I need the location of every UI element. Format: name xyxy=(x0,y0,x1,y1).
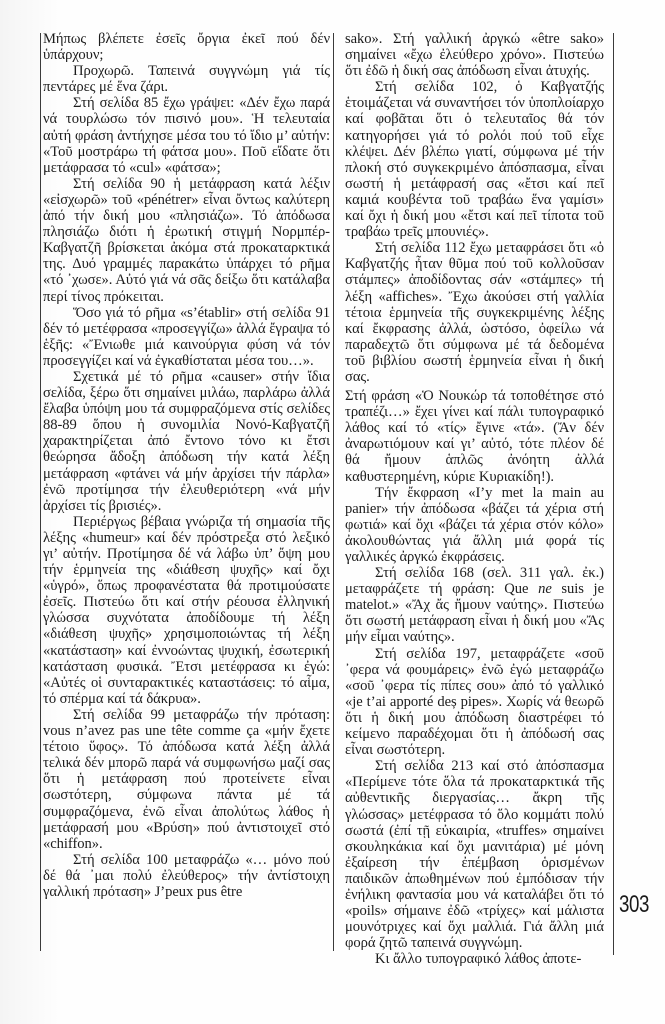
right-column-rule xyxy=(613,33,614,955)
left-column: Μήπως βλέπετε ἐσεῖς ὄργια ἐκεῖ πού δέν ὑ… xyxy=(43,31,330,900)
paragraph: Στή σελίδα 197, μεταφράζετε «σοῦ ᾽φερα ν… xyxy=(345,646,604,759)
paragraph: Σχετικά μέ τό ρῆμα «causer» στήν ἴδια σε… xyxy=(43,369,330,514)
column-divider-rule xyxy=(333,33,334,951)
paragraph: Στή σελίδα 100 μεταφράζω «… μόνο πού δέ … xyxy=(43,852,330,900)
left-column-rule xyxy=(40,33,41,951)
paragraph: Ὅσο γιά τό ρῆμα «s’établir» στή σελίδα 9… xyxy=(43,305,330,369)
paragraph: Στή σελίδα 102, ὁ Καβγατζής ἑτοιμάζεται … xyxy=(345,79,604,240)
paragraph: Προχωρῶ. Ταπεινά συγγνώμη γιά τίς πεντάρ… xyxy=(43,63,330,95)
paragraph: Στή σελίδα 85 ἔχω γράψει: «Δέν ἔχω παρά … xyxy=(43,95,330,175)
italic-word: ne xyxy=(538,581,552,597)
paragraph: Κι ἄλλο τυπογραφικό λάθος ἀποτε- xyxy=(345,951,604,967)
paragraph: Μήπως βλέπετε ἐσεῖς ὄργια ἐκεῖ πού δέν ὑ… xyxy=(43,31,330,63)
book-page: Μήπως βλέπετε ἐσεῖς ὄργια ἐκεῖ πού δέν ὑ… xyxy=(0,0,665,1024)
paragraph: Περιέργως βέβαια γνώριζα τή σημασία τῆς … xyxy=(43,514,330,707)
page-number: 303 xyxy=(619,891,649,919)
paragraph: Στή σελίδα 112 ἔχω μεταφράσει ὅτι «ὁ Καβ… xyxy=(345,240,604,385)
right-column: sako». Στή γαλλική ἀργκώ «être sako» σημ… xyxy=(345,31,604,967)
paragraph: Τήν ἔκφραση «I’y met la main au panier» … xyxy=(345,485,604,565)
paragraph: Στή σελίδα 168 (σελ. 311 γαλ. ἐκ.) μεταφ… xyxy=(345,565,604,645)
paragraph: Στή σελίδα 99 μεταφράζω τήν πρόταση: vou… xyxy=(43,707,330,852)
paragraph: Στή σελίδα 90 ἡ μετάφραση κατά λέξιν «εἰ… xyxy=(43,176,330,305)
paragraph: Στή σελίδα 213 καί στό ἀπόσπασμα «Περίμε… xyxy=(345,758,604,951)
paragraph: Στή φράση «Ὁ Νουκώρ τά τοποθέτησε στό τρ… xyxy=(345,388,604,485)
paragraph: sako». Στή γαλλική ἀργκώ «être sako» σημ… xyxy=(345,31,604,79)
